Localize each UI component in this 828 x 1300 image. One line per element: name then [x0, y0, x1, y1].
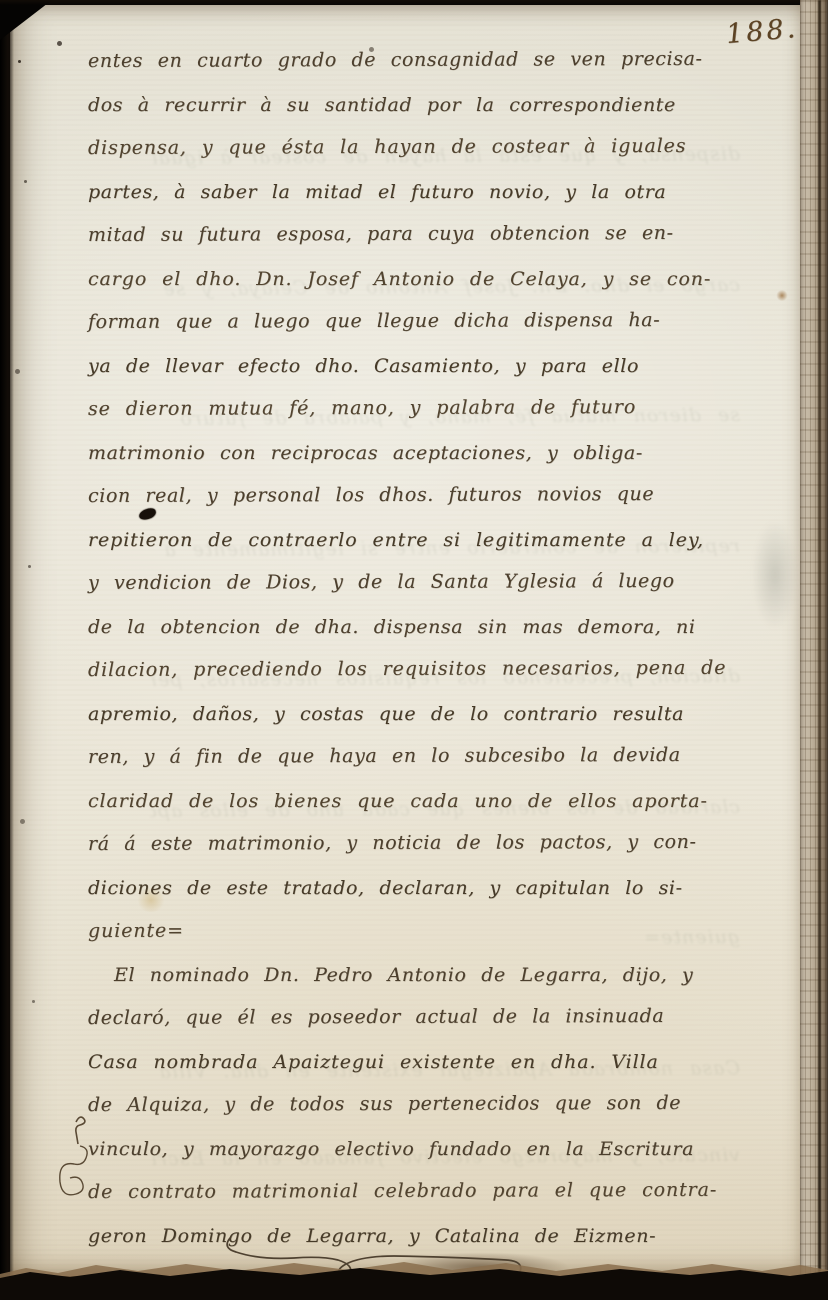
manuscript-line: guiente=	[88, 906, 748, 952]
manuscript-line: diciones de este tratado, declaran, y ca…	[88, 865, 748, 909]
scanned-manuscript-page: { "page": { "number": "188." }, "manuscr…	[0, 0, 828, 1300]
manuscript-line: de Alquiza, y de todos sus pertenecidos …	[88, 1080, 748, 1126]
manuscript-line: apremio, daños, y costas que de lo contr…	[88, 691, 748, 735]
manuscript-line: entes en cuarto grado de consagnidad se …	[88, 36, 748, 82]
page-number: 188.	[725, 13, 800, 50]
manuscript-line: dispensa, y que ésta la hayan de costear…	[88, 123, 748, 169]
dirt-speckles	[18, 60, 21, 63]
manuscript-line: El nominado Dn. Pedro Antonio de Legarra…	[88, 952, 748, 996]
manuscript-line: se dieron mutua fé, mano, y palabra de f…	[88, 384, 748, 430]
manuscript-line: repitieron de contraerlo entre si legiti…	[88, 517, 748, 561]
manuscript-line: forman que a luego que llegue dicha disp…	[88, 297, 748, 343]
manuscript-line: de contrato matrimonial celebrado para e…	[88, 1167, 748, 1213]
margin-flourish-icon	[46, 1108, 102, 1208]
manuscript-line: claridad de los bienes que cada uno de e…	[88, 778, 748, 822]
manuscript-line: dos à recurrir à su santidad por la corr…	[88, 82, 748, 126]
binding-gutter-edge	[0, 0, 14, 1300]
book-fore-edge	[800, 0, 828, 1300]
manuscript-line: y vendicion de Dios, y de la Santa Ygles…	[88, 558, 748, 604]
manuscript-line: matrimonio con reciprocas aceptaciones, …	[88, 430, 748, 474]
manuscript-line: declaró, que él es poseedor actual de la…	[88, 993, 748, 1039]
manuscript-line: partes, à saber la mitad el futuro novio…	[88, 169, 748, 213]
manuscript-line: dilacion, precediendo los requisitos nec…	[88, 645, 748, 691]
manuscript-line: mitad su futura esposa, para cuya obtenc…	[88, 210, 748, 256]
bottom-deckle-edge	[0, 1244, 828, 1300]
manuscript-line: ren, y á fin de que haya en lo subcesibo…	[88, 732, 748, 778]
manuscript-line: rá á este matrimonio, y noticia de los p…	[88, 819, 748, 865]
top-edge-shadow	[0, 0, 828, 5]
manuscript-line: cargo el dho. Dn. Josef Antonio de Celay…	[88, 256, 748, 300]
manuscript-line: Casa nombrada Apaiztegui existente en dh…	[88, 1039, 748, 1083]
manuscript-line: cion real, y personal los dhos. futuros …	[88, 471, 748, 517]
manuscript-line: vinculo, y mayorazgo electivo fundado en…	[88, 1126, 748, 1170]
text-block: entes en cuarto grado de consagnidad se …	[88, 38, 748, 1256]
manuscript-line: ya de llevar efecto dho. Casamiento, y p…	[88, 343, 748, 387]
manuscript-line: de la obtencion de dha. dispensa sin mas…	[88, 604, 748, 648]
fore-edge-crevice	[818, 0, 821, 1300]
